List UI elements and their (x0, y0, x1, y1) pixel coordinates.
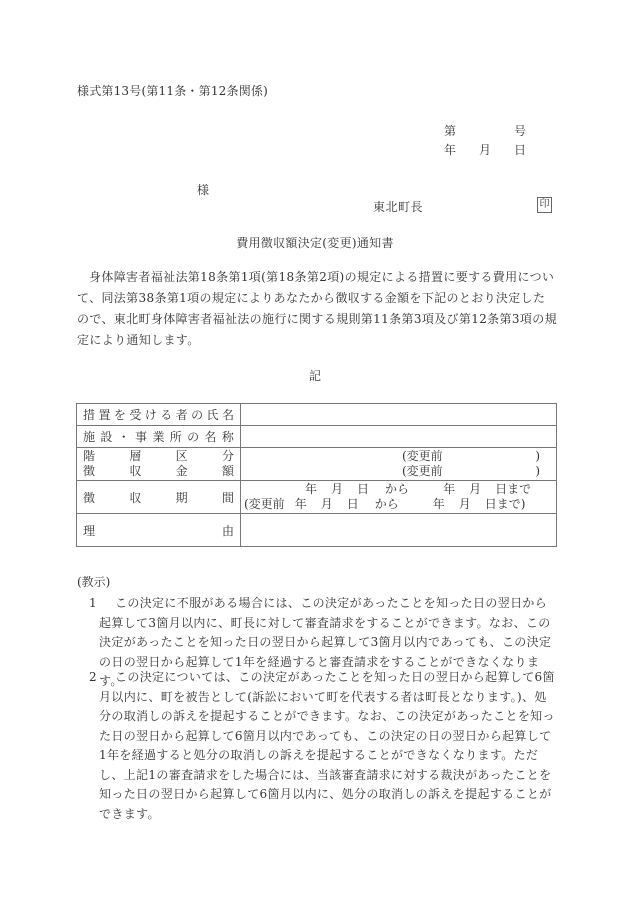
label-char: 階 (83, 449, 95, 464)
value-collection-period[interactable]: 年月日から年月日まで (変更前年月日から年月日まで) (241, 481, 557, 514)
value-recipient-name[interactable] (241, 404, 557, 426)
doc-no-prefix: 第 (444, 122, 456, 139)
period-from-day: 日 (357, 482, 369, 496)
before-from-day: 日 (347, 497, 359, 511)
label-char: 業 (152, 428, 164, 445)
date-year: 年 (444, 141, 456, 158)
document-title: 費用徴収額決定(変更)通知書 (0, 234, 630, 251)
label-char: 由 (222, 522, 234, 539)
period-from-year: 年 (305, 482, 317, 496)
before-to-year: 年 (433, 497, 445, 511)
body-paragraph: 身体障害者福祉法第18条第1項(第18条第2項)の規定による措置に要する費用につ… (77, 267, 557, 351)
period-to-day: 日まで (495, 482, 531, 496)
table-row-class-amount: 階 層 区 分 徴 収 金 額 (変更前 ) (変更前 ) (77, 448, 557, 481)
table-row-facility-name: 施 設 ・ 事 業 所 の 名 称 (77, 426, 557, 448)
detail-table: 措 置 を 受 け る 者 の 氏 名 施 設 ・ 事 業 所 の (76, 403, 557, 547)
notice-item-text: この決定については、この決定があったことを知った日の翌日から起算して6箇月以内に… (89, 668, 557, 824)
period-to-year: 年 (443, 482, 455, 496)
label-char: 氏 (207, 406, 219, 423)
period-to-month: 月 (469, 482, 481, 496)
label-char: 理 (83, 522, 95, 539)
label-recipient-name: 措 置 を 受 け る 者 の 氏 名 (77, 404, 241, 426)
label-char: 期 (176, 489, 188, 506)
value-facility-name[interactable] (241, 426, 557, 448)
period-from-label: から (385, 482, 409, 496)
label-char: 措 (83, 406, 95, 423)
label-char: の (191, 406, 203, 423)
label-char: の (187, 428, 199, 445)
label-char: 施 (83, 428, 95, 445)
before-change-amount: (変更前 (402, 464, 443, 479)
label-char: 事 (135, 428, 147, 445)
before-to-month: 月 (459, 497, 471, 511)
label-facility-name: 施 設 ・ 事 業 所 の 名 称 (77, 426, 241, 448)
label-collection-period: 徴 収 期 間 (77, 481, 241, 514)
label-char: 名 (205, 428, 217, 445)
label-char: 間 (222, 489, 234, 506)
label-char: け (145, 406, 157, 423)
date-month: 月 (479, 141, 491, 158)
before-from-month: 月 (321, 497, 333, 511)
doc-no-suffix: 号 (514, 122, 526, 139)
label-char: る (160, 406, 172, 423)
label-char: 徴 (83, 489, 95, 506)
label-char: 名 (222, 406, 234, 423)
before-change-class: (変更前 (402, 449, 443, 464)
table-row-recipient-name: 措 置 を 受 け る 者 の 氏 名 (77, 404, 557, 426)
label-char: 置 (98, 406, 110, 423)
label-reason: 理 由 (77, 514, 241, 547)
close-paren: ) (535, 449, 540, 464)
label-char: 収 (129, 489, 141, 506)
label-char: 称 (222, 428, 234, 445)
value-reason[interactable] (241, 514, 557, 547)
value-class-amount[interactable]: (変更前 ) (変更前 ) (241, 448, 557, 481)
document-number: 第 号 (444, 122, 526, 139)
label-char: 者 (176, 406, 188, 423)
before-from-year: 年 (295, 497, 307, 511)
label-char: 区 (176, 449, 188, 464)
label-class-amount: 階 層 区 分 徴 収 金 額 (77, 448, 241, 481)
label-char: 所 (170, 428, 182, 445)
close-paren: ) (535, 464, 540, 479)
label-char: を (114, 406, 126, 423)
label-char: 分 (222, 449, 234, 464)
label-char: ・ (118, 428, 130, 445)
label-char: 設 (100, 428, 112, 445)
addressee-suffix: 様 (197, 181, 209, 198)
period-from-month: 月 (331, 482, 343, 496)
document-date: 年 月 日 (444, 141, 526, 158)
ki-marker: 記 (0, 367, 630, 384)
before-from-label: から (375, 497, 399, 511)
form-number: 様式第13号(第11条・第12条関係) (77, 82, 268, 99)
table-row-collection-period: 徴 収 期 間 年月日から年月日まで (変更前年月日から年月日まで) (77, 481, 557, 514)
table-row-reason: 理 由 (77, 514, 557, 547)
seal-icon: 印 (537, 197, 552, 213)
notice-item-number: 2 (89, 668, 97, 688)
label-char: 収 (129, 464, 141, 479)
label-char: 金 (176, 464, 188, 479)
before-to-day: 日まで) (485, 497, 526, 511)
label-char: 徴 (83, 464, 95, 479)
before-change-period-label: (変更前 (244, 497, 285, 511)
issuer: 東北町長 (373, 198, 423, 215)
notice-heading: (教示) (77, 573, 110, 590)
notice-item-2: 2 この決定については、この決定があったことを知った日の翌日から起算して6箇月以… (89, 668, 557, 824)
date-day: 日 (514, 141, 526, 158)
label-char: 受 (129, 406, 141, 423)
label-char: 層 (129, 449, 141, 464)
notice-item-number: 1 (89, 594, 97, 614)
label-char: 額 (222, 464, 234, 479)
